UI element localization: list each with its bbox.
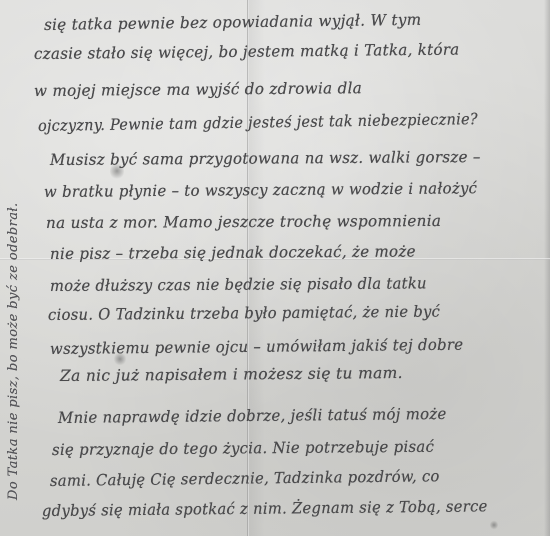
margin-note-vertical: Do Tatka nie pisz, bo może być ze odebra… <box>6 202 21 500</box>
letter-line: sami. Całuję Cię serdecznie, Tadzinka po… <box>50 467 440 490</box>
letter-line: się tatka pewnie bez opowiadania wyjął. … <box>44 11 422 34</box>
letter-line: może dłuższy czas nie będzie się pisało … <box>50 274 427 295</box>
letter-line: Musisz być sama przygotowana na wsz. wal… <box>50 148 481 169</box>
letter-page: się tatka pewnie bez opowiadania wyjął. … <box>0 0 550 536</box>
letter-line: wszystkiemu pewnie ojcu – umówiłam jakiś… <box>50 336 464 358</box>
ink-stain <box>490 520 498 530</box>
letter-line: w mojej miejsce ma wyjść do zdrowia dla <box>34 79 362 100</box>
letter-line: nie pisz – trzeba się jednak doczekać, ż… <box>50 242 416 263</box>
letter-line: ojczyzny. Pewnie tam gdzie jesteś jest t… <box>38 110 478 135</box>
letter-line: gdybyś się miała spotkać z nim. Żegnam s… <box>42 497 488 520</box>
letter-line: się przyznaje do tego życia. Nie potrzeb… <box>52 438 434 459</box>
letter-line: Mnie naprawdę idzie dobrze, jeśli tatuś … <box>58 405 447 427</box>
letter-line: na usta z mor. Mamo jeszcze trochę wspom… <box>46 212 441 232</box>
letter-line: w bratku płynie – to wszyscy zaczną w wo… <box>44 179 477 201</box>
letter-line: czasie stało się więcej, bo jestem matką… <box>34 41 460 63</box>
paper-edge <box>544 0 550 536</box>
letter-line: ciosu. O Tadzinku trzeba było pamiętać, … <box>48 303 440 324</box>
letter-line: Za nic już napisałem i możesz się tu mam… <box>60 364 403 385</box>
